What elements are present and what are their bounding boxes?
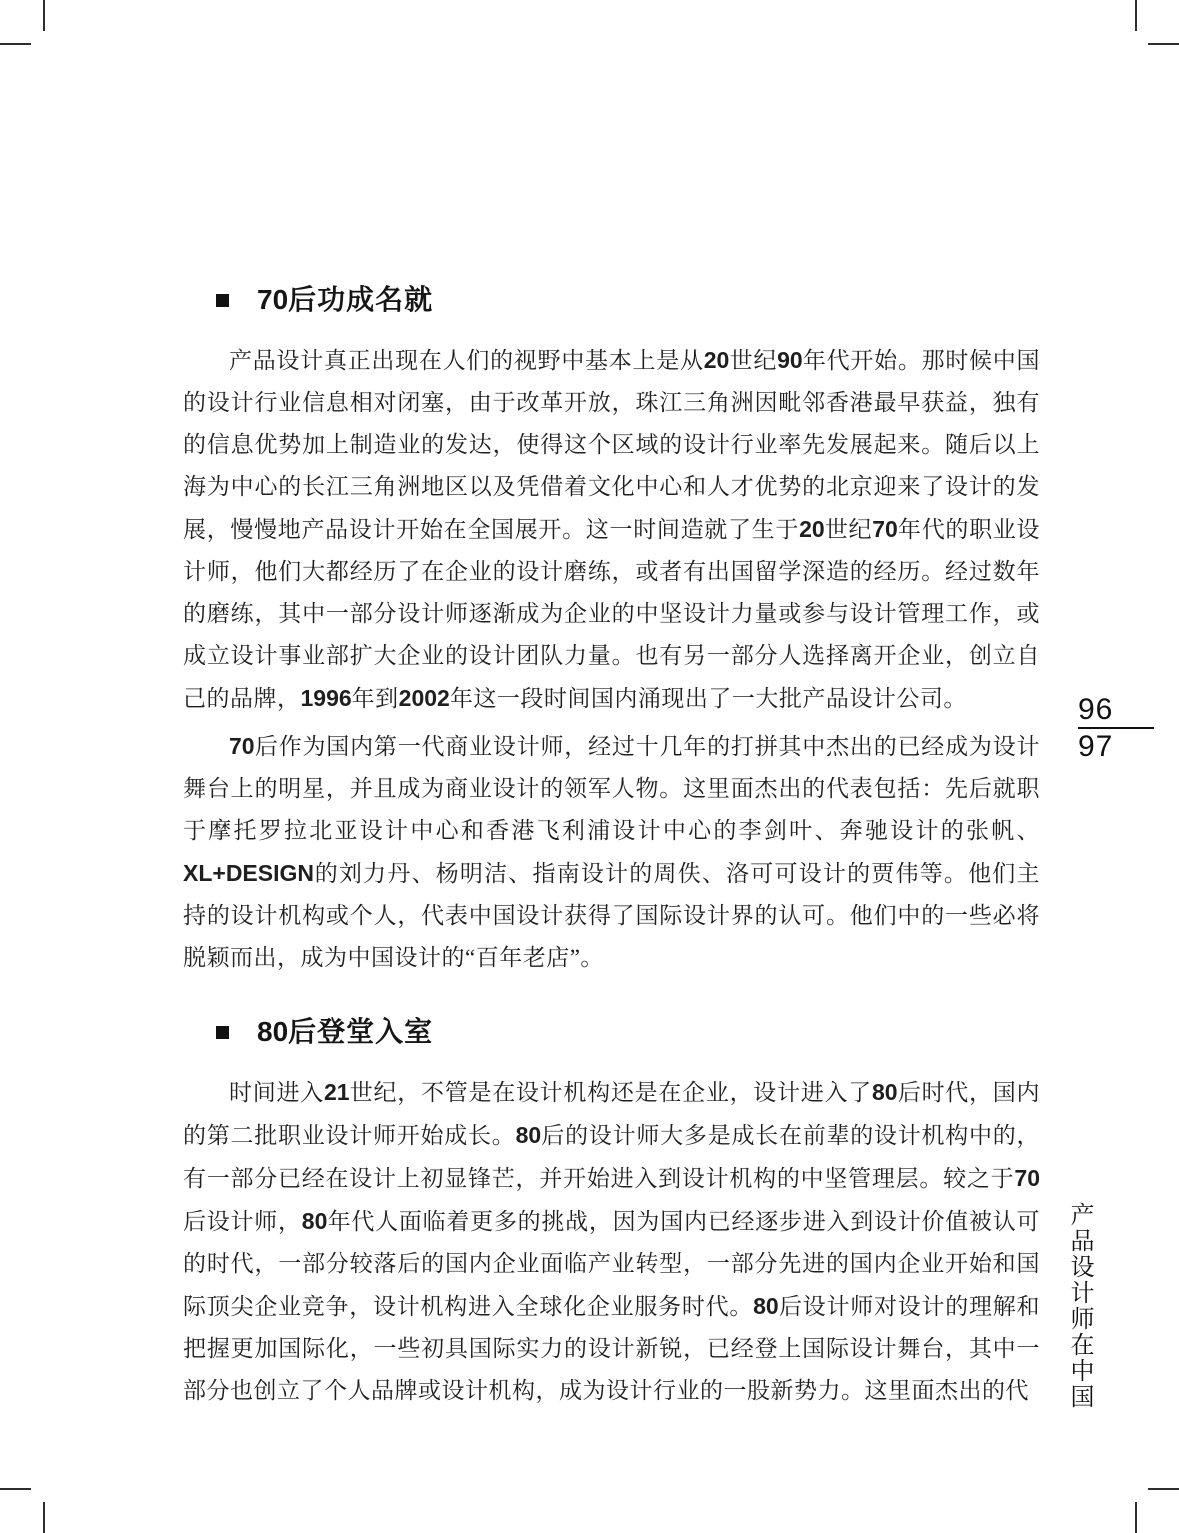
body-paragraph: 产品设计真正出现在人们的视野中基本上是从20世纪90年代开始。那时候中国的设计行… — [183, 339, 1040, 720]
section-heading-row: 70后功成名就 — [183, 283, 1040, 317]
body-paragraph: 时间进入21世纪，不管是在设计机构还是在企业，设计进入了80后时代，国内的第二批… — [183, 1071, 1040, 1412]
crop-mark-top-left-horizontal — [0, 43, 31, 45]
book-page: 70后功成名就 产品设计真正出现在人们的视野中基本上是从20世纪90年代开始。那… — [0, 0, 1179, 1533]
section-title: 70后功成名就 — [257, 283, 433, 317]
page-content: 70后功成名就 产品设计真正出现在人们的视野中基本上是从20世纪90年代开始。那… — [183, 283, 1040, 1417]
crop-mark-top-left-vertical — [43, 0, 45, 31]
crop-mark-bottom-left-vertical — [43, 1502, 45, 1533]
crop-mark-bottom-right-vertical — [1135, 1502, 1137, 1533]
crop-mark-bottom-right-horizontal — [1148, 1488, 1179, 1490]
crop-mark-top-right-horizontal — [1148, 43, 1179, 45]
square-bullet-icon — [216, 294, 229, 307]
page-number-current: 96 — [1078, 694, 1154, 726]
page-number-divider — [1078, 727, 1154, 729]
crop-mark-bottom-left-horizontal — [0, 1488, 31, 1490]
section-title: 80后登堂入室 — [257, 1015, 433, 1049]
book-side-title: 产品设计师在中国 — [1062, 1202, 1097, 1410]
section-heading-row: 80后登堂入室 — [183, 1015, 1040, 1049]
page-number-block: 96 97 — [1078, 694, 1154, 763]
section-80s-generation: 80后登堂入室 时间进入21世纪，不管是在设计机构还是在企业，设计进入了80后时… — [183, 1015, 1040, 1412]
body-paragraph: 70后作为国内第一代商业设计师，经过十几年的打拼其中杰出的已经成为设计舞台上的明… — [183, 725, 1040, 979]
crop-mark-top-right-vertical — [1135, 0, 1137, 31]
section-70s-generation: 70后功成名就 产品设计真正出现在人们的视野中基本上是从20世纪90年代开始。那… — [183, 283, 1040, 979]
page-number-facing: 97 — [1078, 731, 1154, 763]
square-bullet-icon — [216, 1026, 229, 1039]
